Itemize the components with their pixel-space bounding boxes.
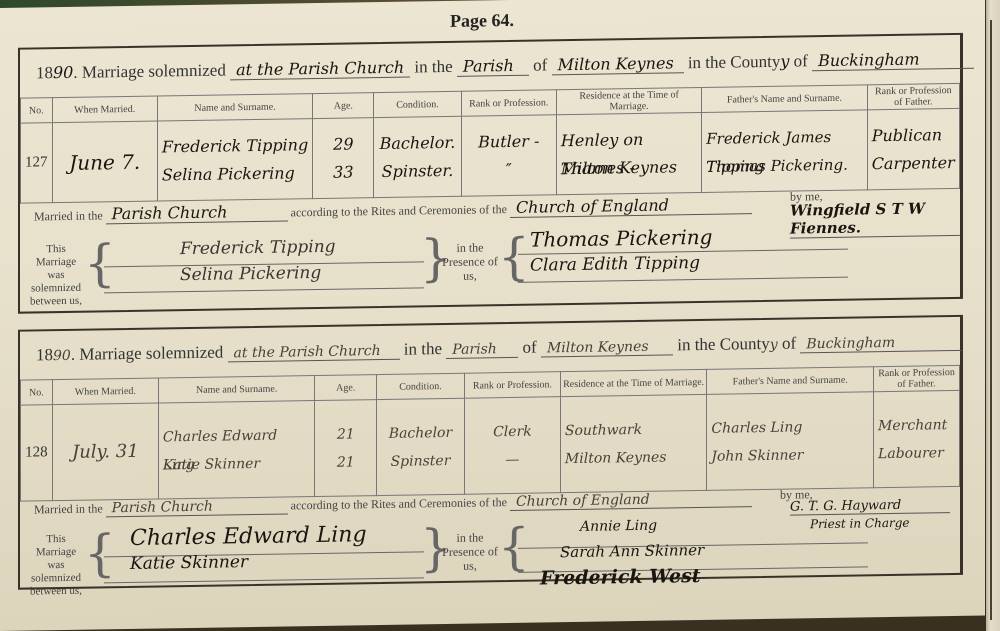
register-page: Page 64. 1890. Marriage solemnized at th… <box>0 0 985 631</box>
county: Buckingham <box>812 49 974 72</box>
married-in: Parish Church <box>106 497 288 517</box>
district-type: Parish <box>457 56 529 77</box>
witness-1: Annie Ling <box>580 518 657 535</box>
place: Milton Keynes <box>552 53 684 75</box>
rites: Church of England <box>510 194 752 218</box>
table-row: 128 July. 31 Charles Edward LingKatie Sk… <box>21 390 960 501</box>
witness-1: Thomas Pickering <box>530 225 712 252</box>
officiant: G. T. G. Hayward <box>790 497 950 516</box>
solemnized-at: at the Parish Church <box>230 58 410 81</box>
entry-headline: 1890. Marriage solemnized at the Parish … <box>36 49 974 84</box>
bride-signature: Katie Skinner <box>130 552 248 574</box>
place: Milton Keynes <box>541 338 673 357</box>
marriage-entry-128: 1890. Marriage solemnized at the Parish … <box>18 315 963 590</box>
groom-signature: Frederick Tipping <box>180 237 336 259</box>
witness-3: Frederick West <box>540 565 701 590</box>
bride-signature: Selina Pickering <box>180 263 321 285</box>
groom-signature: Charles Edward Ling <box>130 522 367 551</box>
register-table: No. When Married. Name and Surname. Age.… <box>20 365 960 502</box>
page-number: Page 64. <box>450 10 514 32</box>
entry-headline: 1890. Marriage solemnized at the Parish … <box>36 331 962 366</box>
witness-2: Clara Edith Tipping <box>530 253 700 276</box>
rites: Church of England <box>510 490 752 511</box>
facing-page-edge <box>986 0 1000 631</box>
solemnized-at: at the Parish Church <box>228 343 400 363</box>
register-table: No. When Married. Name and Surname. Age.… <box>20 83 960 204</box>
married-in: Parish Church <box>106 201 288 224</box>
marriage-entry-127: 1890. Marriage solemnized at the Parish … <box>18 33 963 314</box>
county: Buckingham <box>800 334 962 354</box>
district-type: Parish <box>446 341 518 359</box>
witness-2: Sarah Ann Skinner <box>560 541 704 561</box>
